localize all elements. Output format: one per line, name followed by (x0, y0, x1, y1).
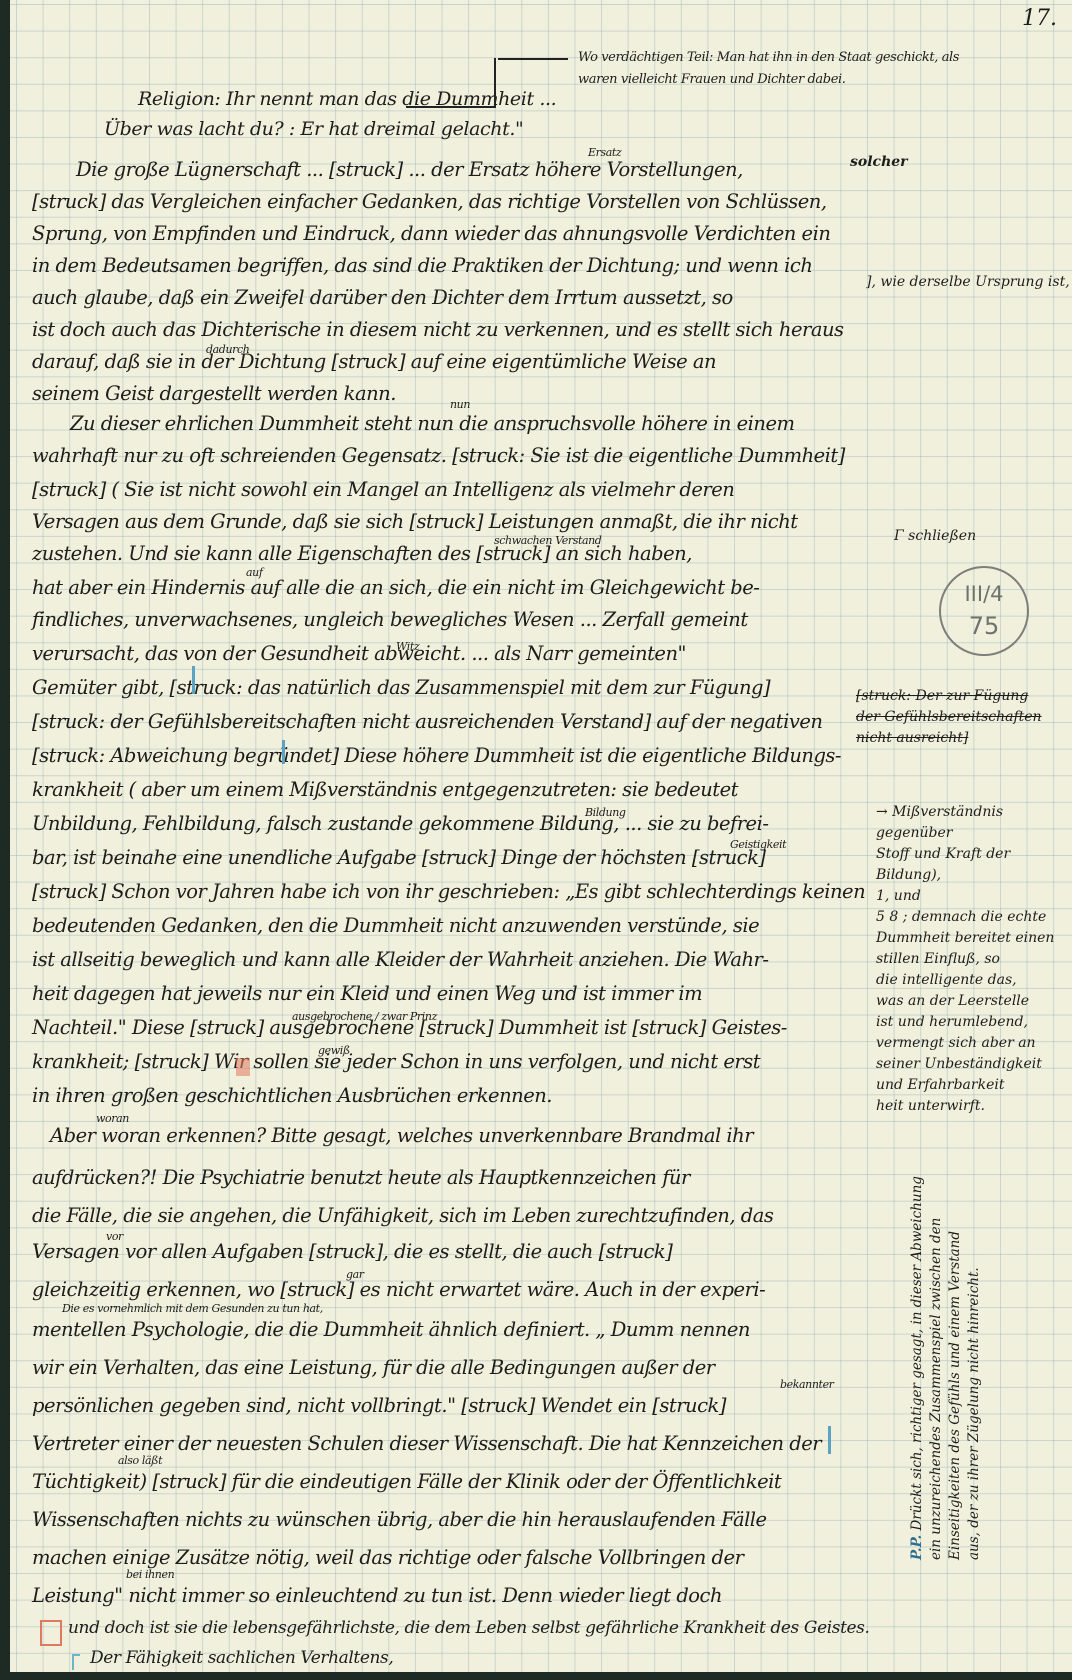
body-line: seinem Geist dargestellt werden kann. (32, 382, 396, 405)
margin-note-struck: [struck: Der zur Fügung der Gefühlsberei… (856, 686, 1056, 749)
margin-note-line: Stoff und Kraft der (876, 844, 1066, 865)
insert-note: Bildung (585, 806, 626, 819)
stamp-top: III/4 (941, 582, 1027, 606)
insert-note: bekannter (780, 1378, 834, 1391)
header-line-2: Über was lacht du? : Er hat dreimal gela… (104, 118, 523, 140)
body-line: darauf, daß sie in der Dichtung [struck]… (32, 350, 716, 373)
margin-note-line: → Mißverständnis gegenüber (876, 802, 1066, 844)
margin-note-schliessen: Γ schließen (894, 526, 976, 547)
body-line: Sprung, von Empfinden und Eindruck, dann… (32, 222, 830, 245)
margin-note-line: was an der Leerstelle (876, 991, 1066, 1012)
body-line: [struck: Abweichung begründet] Diese höh… (32, 744, 841, 767)
arrow-connector (406, 106, 496, 108)
body-line: verursacht, das von der Gesundheit abwei… (32, 642, 686, 665)
body-line: [struck] ( Sie ist nicht sowohl ein Mang… (32, 478, 734, 501)
footnote-line: Der Fähigkeit sachlichen Verhaltens, (90, 1648, 393, 1668)
arrow-connector (498, 58, 568, 60)
body-line: in dem Bedeutsamen begriffen, das sind d… (32, 254, 812, 277)
arrow-note-line-1: Wo verdächtigen Teil: Man hat ihn in den… (578, 50, 959, 65)
body-line: bar, ist beinahe eine unendliche Aufgabe… (32, 846, 766, 869)
margin-note-ursprung: ], wie derselbe Ursprung ist, (866, 272, 1070, 293)
arrow-connector (494, 58, 496, 106)
body-line: Gemüter gibt, [struck: das natürlich das… (32, 676, 770, 699)
body-line: Tüchtigkeit) [struck] für die eindeutige… (32, 1470, 781, 1493)
arrow-note-line-2: waren vielleicht Frauen und Dichter dabe… (578, 72, 846, 87)
blue-ink-mark (192, 666, 195, 694)
vertical-note-line: aus, der zu ihrer Zügelung nicht hinreic… (965, 1130, 984, 1560)
body-line: Aber woran erkennen? Bitte gesagt, welch… (50, 1124, 753, 1147)
insert-note: ausgebrochene / zwar Prinz (292, 1010, 437, 1023)
body-line: Zu dieser ehrlichen Dummheit steht nun d… (70, 412, 795, 435)
margin-note-line: die intelligente das, (876, 970, 1066, 991)
insert-note: Witz (396, 640, 419, 653)
margin-note-line: ist und herumlebend, (876, 1012, 1066, 1033)
margin-note-line: Dummheit bereitet einen (876, 928, 1066, 949)
body-line: gleichzeitig erkennen, wo [struck] es ni… (32, 1278, 765, 1301)
margin-note-line: stillen Einfluß, so (876, 949, 1066, 970)
body-line: Die große Lügnerschaft ... [struck] ... … (76, 158, 743, 181)
vertical-note-line: Einseitigkeiten des Gefühls und einem Ve… (946, 1130, 965, 1560)
archive-stamp: III/4 75 (939, 566, 1029, 656)
insert-note: dadurch (206, 343, 249, 356)
margin-note-line: seiner Unbeständigkeit (876, 1054, 1066, 1075)
margin-note-line: und Erfahrbarkeit (876, 1075, 1066, 1096)
body-line: Unbildung, Fehlbildung, falsch zustande … (32, 812, 768, 835)
vertical-note-line: Drückt sich, richtiger gesagt, in dieser… (909, 1176, 925, 1530)
insert-note: Ersatz (588, 146, 621, 159)
insert-note: schwachen Verstand (494, 534, 601, 547)
body-line: heit dagegen hat jeweils nur ein Kleid u… (32, 982, 702, 1005)
insert-note: gewiß (318, 1044, 350, 1057)
vertical-note-line: ein unzureichendes Zusammenspiel zwische… (927, 1130, 946, 1560)
margin-note-line: 1, und (876, 886, 1066, 907)
body-line: Versagen aus dem Grunde, daß sie sich [s… (32, 510, 798, 533)
body-line: [struck] das Vergleichen einfacher Gedan… (32, 190, 827, 213)
body-line: findliches, unverwachsenes, ungleich bew… (32, 608, 748, 631)
blue-ink-mark (828, 1426, 831, 1454)
insert-note: also läßt (118, 1454, 162, 1467)
body-line: krankheit ( aber um einem Mißverständnis… (32, 778, 738, 801)
body-line: auch glaube, daß ein Zweifel darüber den… (32, 286, 733, 309)
blue-ink-mark (282, 740, 285, 764)
body-line: persönlichen gegeben sind, nicht vollbri… (32, 1394, 726, 1417)
body-line: wahrhaft nur zu oft schreienden Gegensat… (32, 444, 845, 467)
body-line: [struck] Schon vor Jahren habe ich von i… (32, 880, 865, 903)
insert-note: Geistigkeit (730, 838, 786, 851)
body-line: hat aber ein Hindernis auf alle die an s… (32, 576, 759, 599)
manuscript-page: 17. Religion: Ihr nennt man das die Dumm… (10, 0, 1072, 1672)
body-line: mentellen Psychologie, die die Dummheit … (32, 1318, 750, 1341)
red-footnote-marker (40, 1620, 62, 1646)
blue-footnote-marker (72, 1654, 80, 1670)
red-ink-mark (236, 1058, 250, 1076)
body-line: Wissenschaften nichts zu wünschen übrig,… (32, 1508, 767, 1531)
body-line: bedeutenden Gedanken, den die Dummheit n… (32, 914, 759, 937)
page-number: 17. (1022, 6, 1057, 31)
insert-note: Die es vornehmlich mit dem Gesunden zu t… (62, 1302, 323, 1315)
body-line: ist doch auch das Dichterische in diesem… (32, 318, 844, 341)
insert-note: nun (450, 398, 470, 411)
margin-note-line: Bildung), (876, 865, 1066, 886)
insert-note: bei ihnen (126, 1568, 174, 1581)
body-line: in ihren großen geschichtlichen Ausbrüch… (32, 1084, 552, 1107)
body-line: die Fälle, die sie angehen, die Unfähigk… (32, 1204, 773, 1227)
insert-note: woran (96, 1112, 129, 1125)
body-line: wir ein Verhalten, das eine Leistung, fü… (32, 1356, 715, 1379)
body-line: Vertreter einer der neuesten Schulen die… (32, 1432, 821, 1455)
stamp-bottom: 75 (941, 612, 1027, 640)
body-line: ist allseitig beweglich und kann alle Kl… (32, 948, 768, 971)
body-line: Versagen vor allen Aufgaben [struck], di… (32, 1240, 672, 1263)
body-line: machen einige Zusätze nötig, weil das ri… (32, 1546, 743, 1569)
margin-note-solcher: solcher (850, 152, 908, 173)
margin-note-line: vermengt sich aber an (876, 1033, 1066, 1054)
insert-note: auf (246, 566, 263, 579)
footnote-line: und doch ist sie die lebensgefährlichste… (68, 1618, 870, 1638)
vertical-margin-note: P.P. Drückt sich, richtiger gesagt, in d… (908, 1130, 984, 1560)
body-line: krankheit; [struck] Wir sollen sie jeder… (32, 1050, 760, 1073)
body-line: Leistung" nicht immer so einleuchtend zu… (32, 1584, 722, 1607)
pp-marker: P.P. (909, 1535, 925, 1560)
body-line: [struck: der Gefühlsbereitschaften nicht… (32, 710, 822, 733)
insert-note: vor (106, 1230, 123, 1243)
margin-note-line: 5 8 ; demnach die echte (876, 907, 1066, 928)
margin-note-block: → Mißverständnis gegenüber Stoff und Kra… (876, 802, 1066, 1117)
margin-note-line: heit unterwirft. (876, 1096, 1066, 1117)
insert-note: gar (346, 1268, 364, 1281)
body-line: aufdrücken?! Die Psychiatrie benutzt heu… (32, 1166, 690, 1189)
